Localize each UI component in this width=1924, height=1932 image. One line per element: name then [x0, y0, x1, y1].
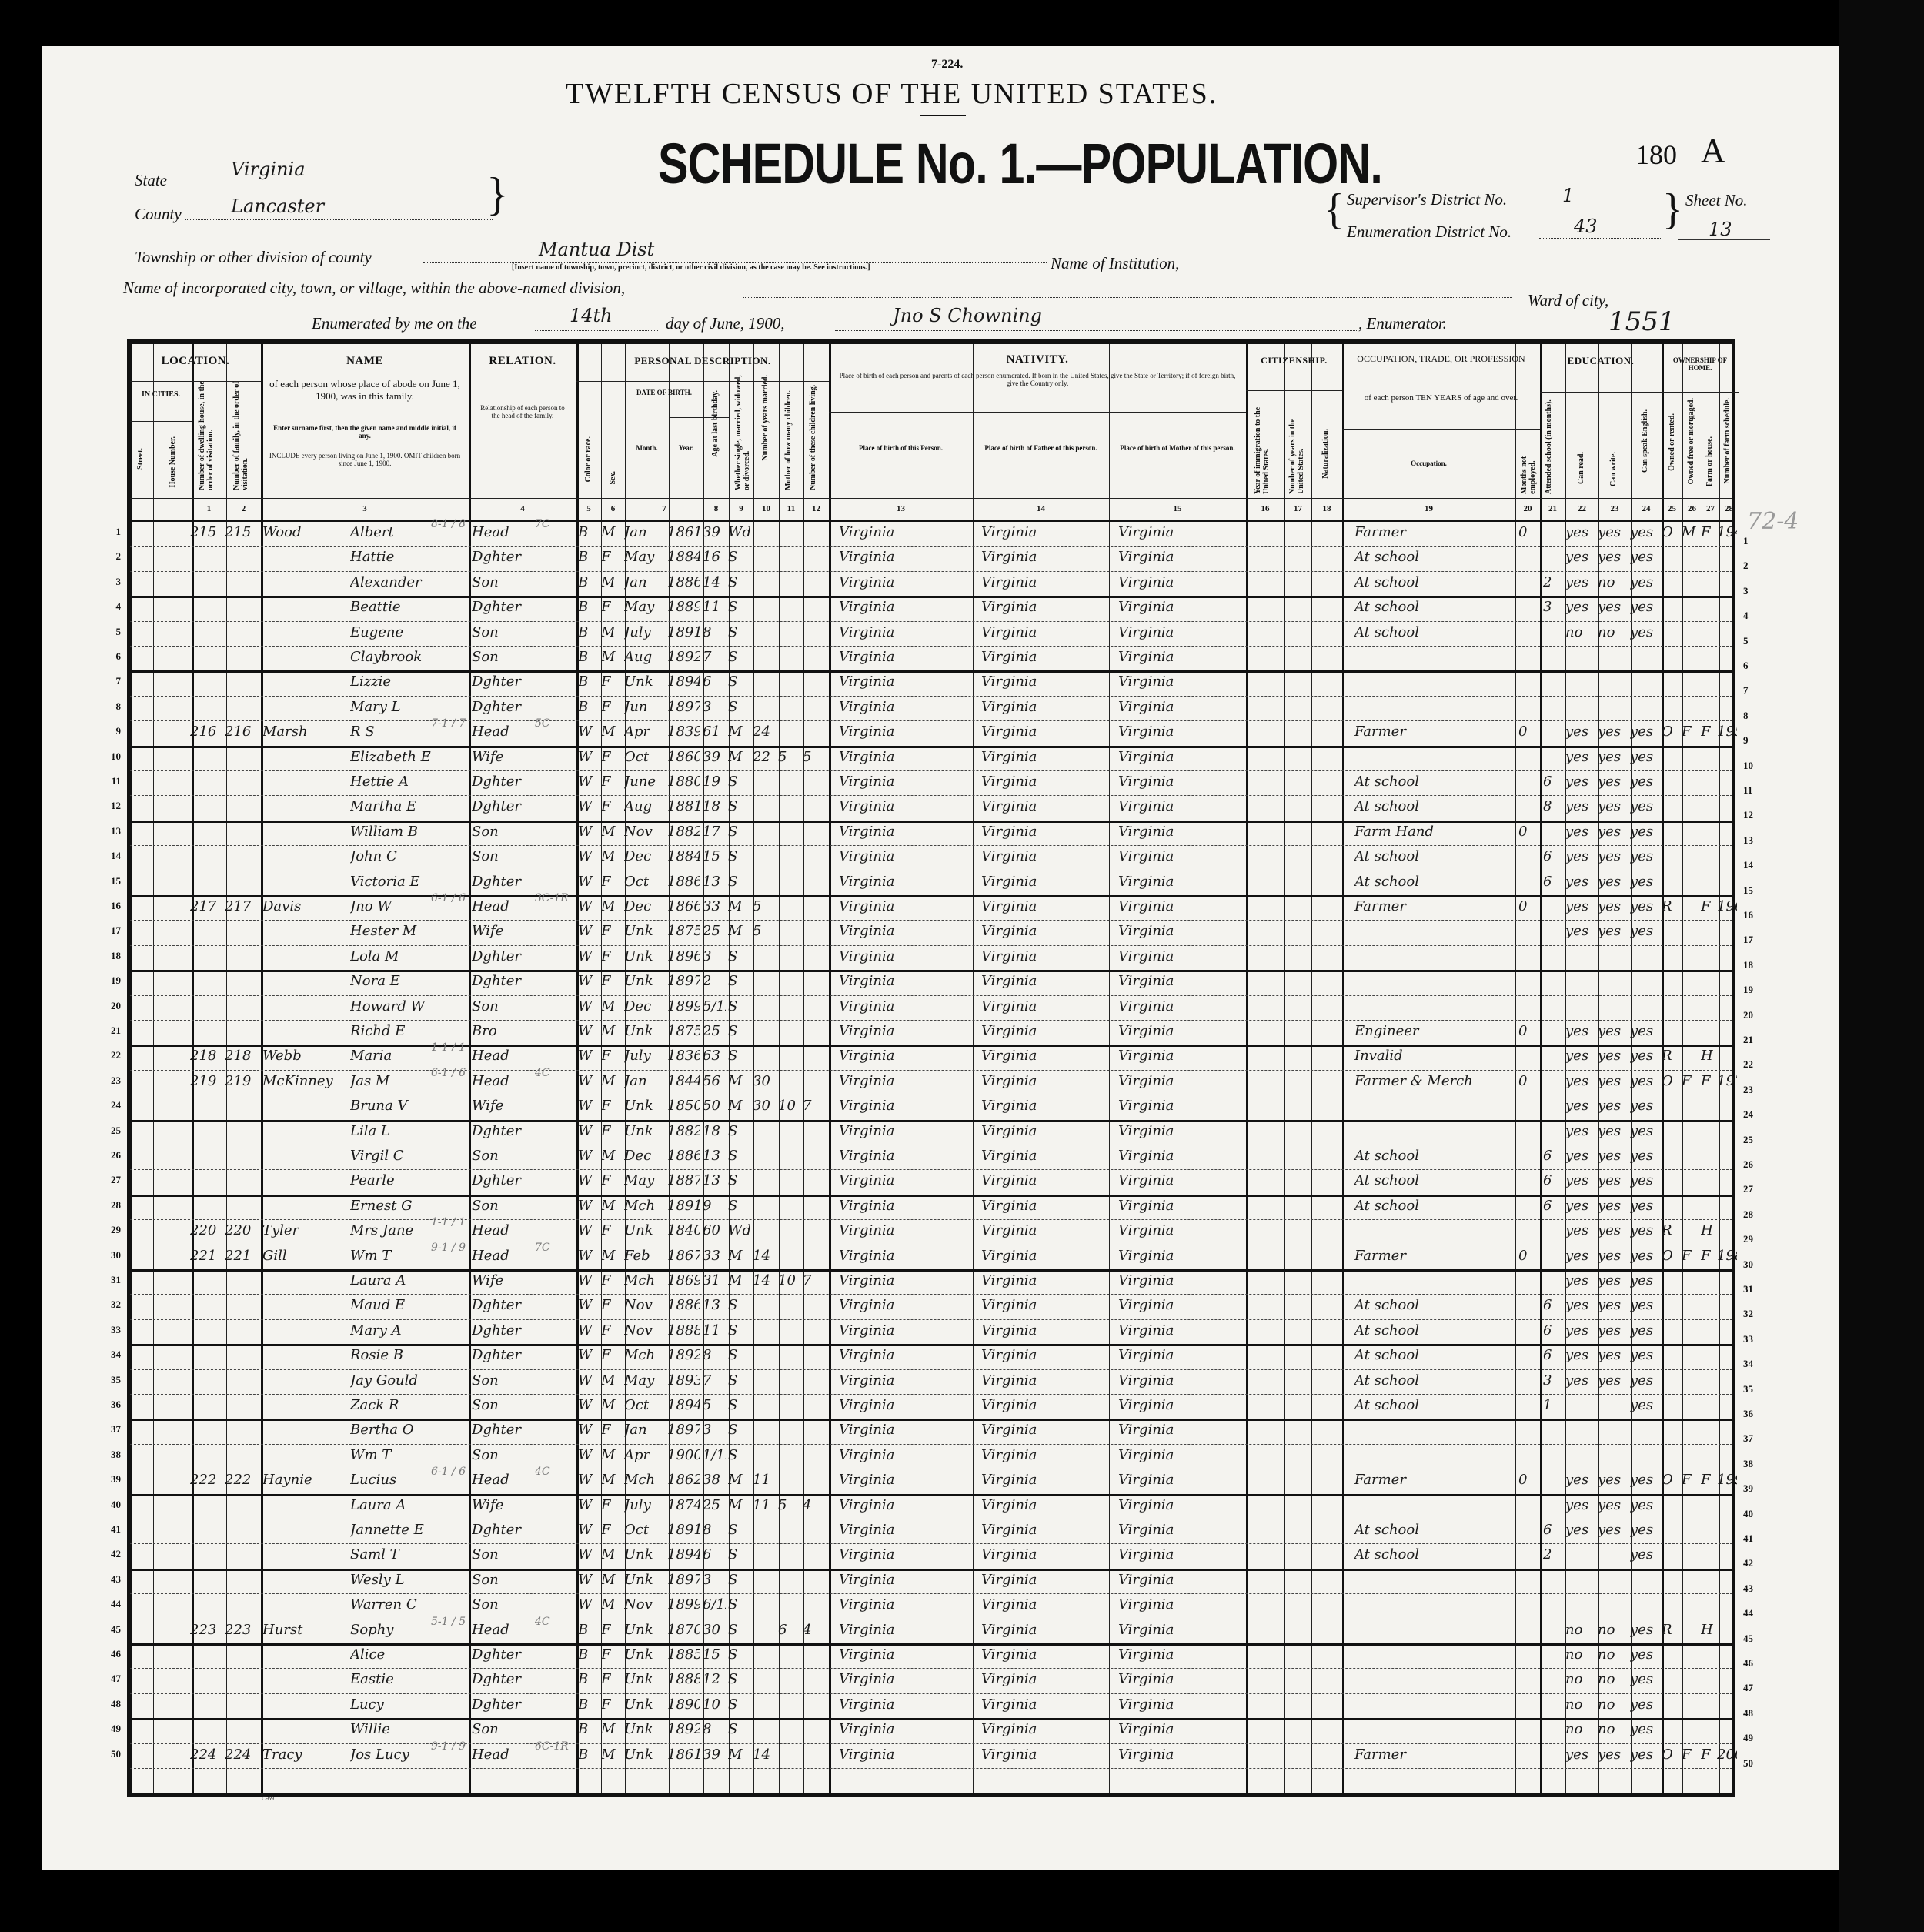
cell-birth-month: Unk [624, 1546, 664, 1563]
cell-birth-year: 1886 [667, 574, 700, 590]
colhdr-sex: Sex. [609, 471, 617, 485]
cell-attended-school: 6 [1543, 1522, 1560, 1538]
enumerated-label: Enumerated by me on the [312, 314, 477, 333]
cell-birthplace-father: Virginia [981, 724, 1097, 740]
cell-birthplace-father: Virginia [981, 973, 1097, 989]
cell-can-write: yes [1598, 1198, 1627, 1214]
cell-can-speak-english: yes [1630, 1497, 1658, 1513]
table-row: 2929220220TylerMrs Jane1-1 / 1HeadWFUnk1… [130, 1219, 1732, 1245]
cell-age: 7 [703, 1372, 726, 1389]
cell-can-read: yes [1565, 848, 1595, 864]
cell-birthplace-father: Virginia [981, 599, 1097, 615]
cell-relation: Son [472, 574, 549, 590]
row-number-right: 30 [1743, 1258, 1766, 1271]
cell-age: 31 [703, 1272, 726, 1289]
row-number-right: 32 [1743, 1308, 1766, 1320]
cell-birthplace-mother: Virginia [1118, 1347, 1234, 1363]
cell-occupation: At school [1354, 1347, 1508, 1363]
cell-can-read: yes [1565, 874, 1595, 890]
cell-sex: F [601, 1497, 620, 1513]
cell-birth-month: Aug [624, 649, 664, 665]
cell-color-race: B [578, 674, 596, 690]
cell-birthplace-father: Virginia [981, 1098, 1097, 1114]
cell-given-name: Lila L [350, 1123, 450, 1139]
colnum: 7 [625, 504, 703, 513]
table-row: 4646AliceDghterBFUnk188515SVirginiaVirgi… [130, 1643, 1732, 1669]
table-row: 2525Lila LDghterWFUnk188218SVirginiaVirg… [130, 1120, 1732, 1145]
cell-birthplace-mother: Virginia [1118, 1123, 1234, 1139]
enumerator-mark: 1551 [1608, 306, 1675, 337]
table-row: 88Mary LDghterBFJun18973SVirginiaVirgini… [130, 696, 1732, 721]
cell-birthplace-person: Virginia [839, 674, 962, 690]
cell-birthplace-father: Virginia [981, 1023, 1097, 1039]
cell-can-read: no [1565, 1696, 1595, 1713]
cell-birthplace-person: Virginia [839, 1123, 962, 1139]
table-row: 2323219219McKinneyJas M6-1 / 6Head4CWMJa… [130, 1070, 1732, 1095]
cell-birthplace-mother: Virginia [1118, 1148, 1234, 1164]
cell-color-race: W [578, 1073, 596, 1089]
cell-sex: M [601, 1023, 620, 1039]
cell-birthplace-father: Virginia [981, 1572, 1097, 1588]
row-number-left: 18 [99, 950, 121, 962]
cell-can-read: yes [1565, 923, 1595, 939]
cell-birthplace-person: Virginia [839, 574, 962, 590]
cell-age: 3 [703, 1422, 726, 1438]
cell-birthplace-mother: Virginia [1118, 1572, 1234, 1588]
cell-sex: M [601, 1572, 620, 1588]
row-number-right: 16 [1743, 909, 1766, 921]
row-number-right: 20 [1743, 1009, 1766, 1021]
table-row: 4747EastieDghterBFUnk188812SVirginiaVirg… [130, 1668, 1732, 1693]
cell-relation-annotation: 4C [535, 1616, 573, 1628]
cell-birthplace-mother: Virginia [1118, 1422, 1234, 1438]
cell-can-speak-english: yes [1630, 1198, 1658, 1214]
cell-birthplace-person: Virginia [839, 1522, 962, 1538]
cell-can-speak-english: yes [1630, 1148, 1658, 1164]
cell-birthplace-father: Virginia [981, 1297, 1097, 1313]
cell-birthplace-person: Virginia [839, 1596, 962, 1613]
cell-birthplace-person: Virginia [839, 1397, 962, 1413]
row-number-right: 9 [1743, 734, 1766, 747]
cell-relation-annotation: 7C [535, 518, 573, 530]
table-row: 3434Rosie BDghterWFMch18928SVirginiaVirg… [130, 1344, 1732, 1369]
cell-birthplace-person: Virginia [839, 874, 962, 890]
cell-color-race: W [578, 1198, 596, 1214]
table-row: 4949WillieSonBMUnk18928SVirginiaVirginia… [130, 1718, 1732, 1743]
cell-birthplace-person: Virginia [839, 1248, 962, 1264]
row-number-left: 26 [99, 1149, 121, 1162]
cell-farm-schedule-number: 197 [1717, 1073, 1737, 1089]
cell-birth-month: May [624, 599, 664, 615]
colhdr-owned-free-mortgaged: Owned free or mortgaged. [1687, 398, 1695, 484]
cell-can-write: yes [1598, 749, 1627, 765]
cell-age: 6 [703, 1546, 726, 1563]
cell-can-read: yes [1565, 1148, 1595, 1164]
cell-can-write: yes [1598, 848, 1627, 864]
table-row: 3131Laura AWifeWFMch186931M14107Virginia… [130, 1269, 1732, 1295]
cell-owned-rented: O [1662, 1472, 1678, 1488]
cell-mother-of-children: 5 [778, 749, 800, 765]
cell-birthplace-father: Virginia [981, 1522, 1097, 1538]
cell-relation: Wife [472, 923, 549, 939]
cell-color-race: W [578, 1123, 596, 1139]
cell-birth-year: 1850 [667, 1098, 700, 1114]
cell-birth-month: Mch [624, 1198, 664, 1214]
cell-sex: M [601, 524, 620, 540]
cell-birth-year: 1869 [667, 1272, 700, 1289]
header-rule [1662, 392, 1739, 393]
cell-relation: Dghter [472, 1522, 549, 1538]
row-number-left: 49 [99, 1723, 121, 1735]
cell-birthplace-mother: Virginia [1118, 1497, 1234, 1513]
cell-surname: Webb [262, 1048, 347, 1064]
cell-birthplace-father: Virginia [981, 674, 1097, 690]
table-row: 1111Hettie ADghterWFJune188019SVirginiaV… [130, 770, 1732, 796]
cell-birth-month: Unk [624, 1098, 664, 1114]
cell-color-race: B [578, 1671, 596, 1687]
cell-marital-status: S [728, 549, 750, 565]
cell-birthplace-father: Virginia [981, 1248, 1097, 1264]
cell-birth-month: July [624, 624, 664, 640]
table-row: 2727PearleDghterWFMay188713SVirginiaVirg… [130, 1169, 1732, 1196]
cell-relation: Dghter [472, 1671, 549, 1687]
enumeration-field-line [1539, 237, 1662, 239]
cell-birthplace-person: Virginia [839, 1073, 962, 1089]
cell-birth-month: Apr [624, 724, 664, 740]
cell-color-race: W [578, 1297, 596, 1313]
cell-can-write: yes [1598, 1123, 1627, 1139]
cell-birthplace-mother: Virginia [1118, 674, 1234, 690]
cell-attended-school: 6 [1543, 1172, 1560, 1188]
cell-color-race: W [578, 1447, 596, 1463]
cell-sex: M [601, 1397, 620, 1413]
header-relation: RELATION. [469, 355, 576, 368]
cell-birth-year: 1897 [667, 973, 700, 989]
row-number-left: 20 [99, 1000, 121, 1012]
cell-mother-of-children: 10 [778, 1272, 800, 1289]
row-number-left: 1 [99, 526, 121, 538]
cell-pencil-annotation: 6-1 / 6 [431, 892, 466, 904]
cell-farm-house: F [1701, 1248, 1716, 1264]
enumeration-district-label: Enumeration District No. [1347, 222, 1511, 242]
colhdr-birthplace-father: Place of birth of Father of this person. [980, 444, 1101, 452]
cell-occupation: At school [1354, 574, 1508, 590]
cell-birth-year: 1897 [667, 699, 700, 715]
sheet-number-label: Sheet No. [1685, 191, 1747, 210]
cell-attended-school: 6 [1543, 874, 1560, 890]
cell-birthplace-mother: Virginia [1118, 1447, 1234, 1463]
cell-birthplace-father: Virginia [981, 1123, 1097, 1139]
colhdr-years-in-us: Number of years in the United States. [1288, 398, 1310, 494]
cell-birthplace-person: Virginia [839, 1172, 962, 1188]
cell-sex: M [601, 1546, 620, 1563]
table-row: 4848LucyDghterBFUnk189010SVirginiaVirgin… [130, 1693, 1732, 1720]
cell-family-number: 221 [225, 1248, 257, 1264]
cell-birthplace-person: Virginia [839, 1322, 962, 1339]
cell-can-write: yes [1598, 874, 1627, 890]
cell-age: 10 [703, 1696, 726, 1713]
cell-occupation: Engineer [1354, 1023, 1508, 1039]
cell-sex: M [601, 1472, 620, 1488]
row-number-left: 27 [99, 1174, 121, 1186]
row-number-right: 10 [1743, 760, 1766, 772]
cell-birth-month: Unk [624, 1721, 664, 1737]
cell-birthplace-father: Virginia [981, 774, 1097, 790]
cell-owned-rented: R [1662, 898, 1678, 914]
colhdr-farm-house: Farm or house. [1705, 436, 1714, 486]
cell-can-speak-english: yes [1630, 1073, 1658, 1089]
cell-farm-house: H [1701, 1048, 1716, 1064]
cell-marital-status: S [728, 574, 750, 590]
cell-birth-month: Nov [624, 1596, 664, 1613]
row-number-right: 39 [1743, 1482, 1766, 1495]
cell-color-race: W [578, 1546, 596, 1563]
cell-birth-year: 1894 [667, 1546, 700, 1563]
cell-birth-year: 1892 [667, 649, 700, 665]
cell-can-speak-english: yes [1630, 1297, 1658, 1313]
cell-can-read: yes [1565, 1048, 1595, 1064]
cell-can-write: no [1598, 1696, 1627, 1713]
cell-age: 39 [703, 1746, 726, 1763]
cell-birthplace-person: Virginia [839, 1372, 962, 1389]
cell-color-race: W [578, 1023, 596, 1039]
row-number-right: 26 [1743, 1158, 1766, 1171]
cell-occupation: Farmer & Merch [1354, 1073, 1508, 1089]
table-row: 11215215WoodAlbert8-1 / 8Head7CBMJan1861… [130, 521, 1732, 547]
row-number-right: 7 [1743, 684, 1766, 697]
colnum: 13 [829, 504, 973, 513]
cell-relation: Dghter [472, 1422, 549, 1438]
cell-surname: McKinney [262, 1073, 347, 1089]
cell-birth-month: Mch [624, 1347, 664, 1363]
colnum: 9 [729, 504, 753, 513]
cell-can-speak-english: yes [1630, 1048, 1658, 1064]
cell-birthplace-mother: Virginia [1118, 749, 1234, 765]
cell-given-name: Alexander [350, 574, 450, 590]
cell-can-read: yes [1565, 599, 1595, 615]
cell-relation: Dghter [472, 1123, 549, 1139]
cell-can-speak-english: yes [1630, 1172, 1658, 1188]
cell-relation-annotation: 7C [535, 1242, 573, 1254]
cell-can-read: yes [1565, 1297, 1595, 1313]
cell-occupation: At school [1354, 1397, 1508, 1413]
row-number-right: 12 [1743, 809, 1766, 821]
enumerated-day-value: 14th [570, 305, 613, 326]
cell-given-name: Saml T [350, 1546, 450, 1563]
cell-age: 11 [703, 1322, 726, 1339]
colnum: 21 [1540, 504, 1565, 513]
cell-marital-status: S [728, 1172, 750, 1188]
cell-color-race: W [578, 1596, 596, 1613]
cell-sex: F [601, 699, 620, 715]
cell-can-read: yes [1565, 1347, 1595, 1363]
cell-can-write: yes [1598, 1248, 1627, 1264]
cell-given-name: Elizabeth E [350, 749, 450, 765]
cell-birthplace-father: Virginia [981, 649, 1097, 665]
cell-birthplace-person: Virginia [839, 549, 962, 565]
cell-birthplace-mother: Virginia [1118, 1646, 1234, 1663]
cell-sex: F [601, 1123, 620, 1139]
cell-birth-year: 1886 [667, 1148, 700, 1164]
colnum: 6 [601, 504, 625, 513]
cell-dwelling-number: 216 [190, 724, 222, 740]
cell-sex: M [601, 898, 620, 914]
cell-relation: Son [472, 1148, 549, 1164]
cell-family-number: 224 [225, 1746, 257, 1763]
row-number-left: 5 [99, 626, 121, 638]
row-number-right: 18 [1743, 959, 1766, 971]
cell-age: 25 [703, 1497, 726, 1513]
cell-farm-house: H [1701, 1222, 1716, 1238]
cell-color-race: W [578, 774, 596, 790]
cell-birthplace-father: Virginia [981, 848, 1097, 864]
cell-birthplace-person: Virginia [839, 1622, 962, 1638]
cell-children-living: 4 [803, 1497, 824, 1513]
cell-can-speak-english: yes [1630, 624, 1658, 640]
cell-can-read: yes [1565, 1222, 1595, 1238]
cell-relation-annotation: 3C-1R [535, 892, 573, 904]
cell-age: 5/12 [703, 998, 726, 1014]
row-number-left: 15 [99, 875, 121, 887]
row-number-left: 4 [99, 600, 121, 613]
row-number-right: 17 [1743, 934, 1766, 946]
cell-dwelling-number: 219 [190, 1073, 222, 1089]
cell-age: 33 [703, 898, 726, 914]
cell-years-married: 24 [753, 724, 774, 740]
colnum: 17 [1284, 504, 1311, 513]
county-value: Lancaster [231, 196, 324, 217]
cell-occupation: Farmer [1354, 1746, 1508, 1763]
cell-can-read: yes [1565, 824, 1595, 840]
header-rule [829, 412, 1246, 413]
table-row: 66ClaybrookSonBMAug18927SVirginiaVirgini… [130, 646, 1732, 673]
row-number-right: 45 [1743, 1633, 1766, 1645]
row-number-right: 27 [1743, 1183, 1766, 1195]
header-rule [1246, 390, 1342, 391]
cell-given-name: Richd E [350, 1023, 450, 1039]
cell-color-race: W [578, 1347, 596, 1363]
colhdr-attended-school: Attended school (in months). [1545, 398, 1565, 494]
cell-sex: M [601, 624, 620, 640]
city-field-line [743, 296, 1512, 298]
cell-can-write: yes [1598, 1023, 1627, 1039]
cell-birth-month: Unk [624, 1222, 664, 1238]
cell-birthplace-person: Virginia [839, 1222, 962, 1238]
row-number-right: 46 [1743, 1657, 1766, 1670]
row-number-left: 48 [99, 1698, 121, 1710]
colhdr-birthplace-person: Place of birth of this Person. [837, 444, 965, 452]
cell-given-name: Laura A [350, 1497, 450, 1513]
cell-birthplace-mother: Virginia [1118, 1696, 1234, 1713]
cell-given-name: Hattie [350, 549, 450, 565]
cell-given-name: Hester M [350, 923, 450, 939]
ward-label: Ward of city, [1528, 291, 1608, 310]
colhdr-street: Street. [136, 448, 145, 470]
cell-birthplace-person: Virginia [839, 624, 962, 640]
table-row: 1010Elizabeth EWifeWFOct186039M2255Virgi… [130, 746, 1732, 771]
row-number-left: 32 [99, 1299, 121, 1311]
cell-marital-status: S [728, 1596, 750, 1613]
cell-marital-status: S [728, 1546, 750, 1563]
cell-marital-status: S [728, 848, 750, 864]
cell-dwelling-number: 220 [190, 1222, 222, 1238]
cell-marital-status: S [728, 948, 750, 964]
table-row: 4040Laura AWifeWFJuly187425M1154Virginia… [130, 1494, 1732, 1519]
cell-age: 8 [703, 624, 726, 640]
cell-family-number: 222 [225, 1472, 257, 1488]
row-number-right: 22 [1743, 1058, 1766, 1071]
colnum: 10 [753, 504, 779, 513]
cell-can-write: yes [1598, 599, 1627, 615]
cell-can-speak-english: yes [1630, 1622, 1658, 1638]
colhdr-can-write: Can write. [1609, 452, 1618, 486]
cell-sex: M [601, 824, 620, 840]
row-number-left: 42 [99, 1548, 121, 1560]
colhdr-immigration-year: Year of immigration to the United States… [1254, 398, 1277, 494]
cell-can-write: no [1598, 574, 1627, 590]
colnum: 5 [576, 504, 601, 513]
enumerator-name: Jno S Chowning [893, 305, 1042, 326]
row-number-right: 40 [1743, 1508, 1766, 1520]
cell-family-number: 217 [225, 898, 257, 914]
cell-birthplace-father: Virginia [981, 1447, 1097, 1463]
cell-birth-year: 1875 [667, 923, 700, 939]
cell-owned-free-mortgaged: F [1682, 1248, 1699, 1264]
cell-can-speak-english: yes [1630, 1123, 1658, 1139]
cell-sex: F [601, 549, 620, 565]
cell-birthplace-mother: Virginia [1118, 1248, 1234, 1264]
cell-given-name: Warren C [350, 1596, 450, 1613]
cell-marital-status: S [728, 1397, 750, 1413]
cell-can-write: yes [1598, 1222, 1627, 1238]
row-number-left: 31 [99, 1274, 121, 1286]
cell-farm-house: H [1701, 1622, 1716, 1638]
cell-color-race: W [578, 1522, 596, 1538]
cell-can-read: yes [1565, 798, 1595, 814]
cell-sex: F [601, 1622, 620, 1638]
cell-dwelling-number: 222 [190, 1472, 222, 1488]
cell-age: 17 [703, 824, 726, 840]
cell-pencil-annotation: 5-1 / 5 [431, 1616, 466, 1628]
cell-age: 25 [703, 923, 726, 939]
cell-can-read: no [1565, 624, 1595, 640]
cell-birth-year: 1896 [667, 948, 700, 964]
cell-marital-status: M [728, 724, 750, 740]
cell-birthplace-person: Virginia [839, 1696, 962, 1713]
cell-months-not-employed: 0 [1518, 1023, 1535, 1039]
cell-marital-status: Wd [728, 1222, 750, 1238]
colhdr-occupation: Occupation. [1342, 460, 1515, 467]
cell-sex: F [601, 923, 620, 939]
cell-can-speak-english: yes [1630, 1322, 1658, 1339]
cell-occupation: Farm Hand [1354, 824, 1508, 840]
table-row: 1313William BSonWMNov188217SVirginiaVirg… [130, 821, 1732, 846]
cell-marital-status: S [728, 649, 750, 665]
cell-can-write: yes [1598, 898, 1627, 914]
cell-occupation: At school [1354, 1172, 1508, 1188]
cell-owned-free-mortgaged: F [1682, 1746, 1699, 1763]
cell-age: 2 [703, 973, 726, 989]
cell-relation: Head [472, 1048, 549, 1064]
header-education: EDUCATION. [1540, 355, 1662, 367]
cell-birthplace-person: Virginia [839, 1272, 962, 1289]
table-row: 3232Maud EDghterWFNov188613SVirginiaVirg… [130, 1294, 1732, 1319]
cell-birth-year: 1888 [667, 1671, 700, 1687]
cell-age: 6 [703, 674, 726, 690]
cell-birthplace-person: Virginia [839, 1297, 962, 1313]
cell-marital-status: M [728, 1098, 750, 1114]
cell-can-speak-english: yes [1630, 1646, 1658, 1663]
